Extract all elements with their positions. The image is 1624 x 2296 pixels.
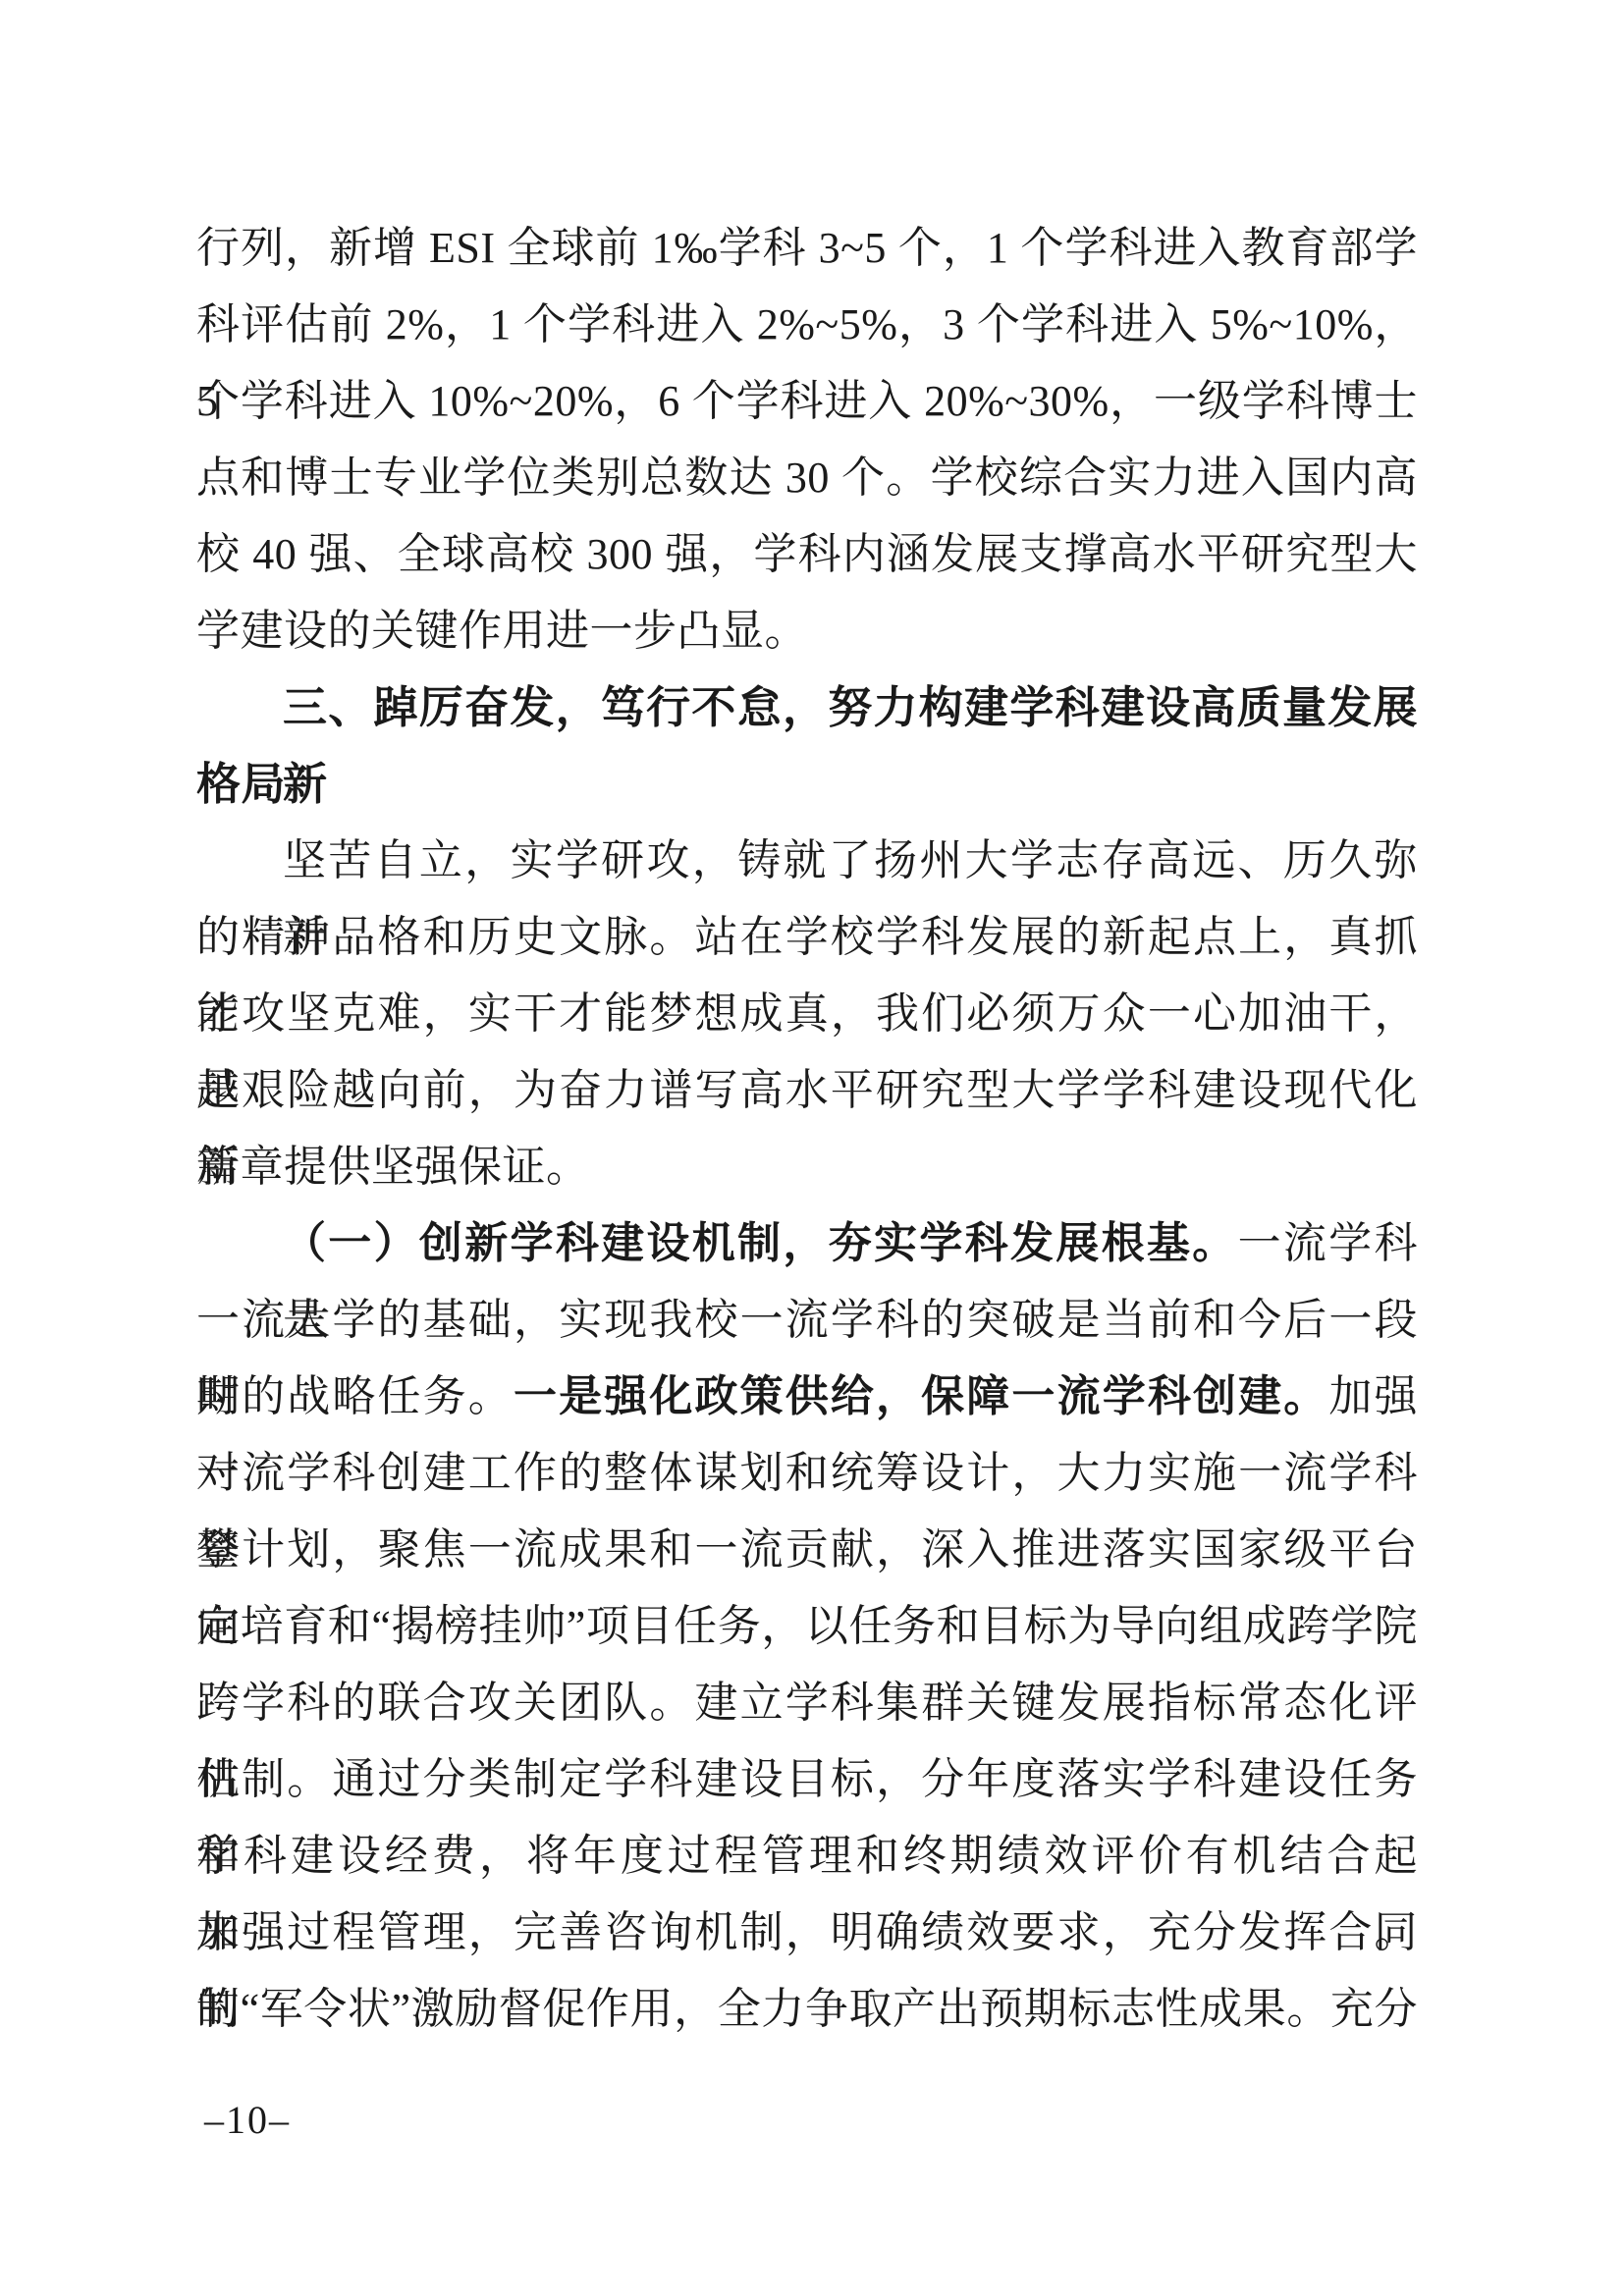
text-line: 向培育和“揭榜挂帅”项目任务，以任务和目标为导向组成跨学院	[196, 1588, 1418, 1665]
document-text: 行列，新增 ESI 全球前 1‰学科 3~5 个，1 个学科进入教育部学科评估前…	[196, 210, 1418, 2048]
text-run: 个学科进入 10%~20%，6 个学科进入 20%~30%，一级学科博士	[196, 377, 1418, 425]
text-run: 篇章提供坚强保证。	[196, 1143, 590, 1191]
text-line: 跨学科的联合攻关团队。建立学科集群关键发展指标常态化评估	[196, 1665, 1418, 1741]
bold-text-run: 格局	[196, 759, 286, 809]
text-line: 是艰险越向前，为奋力谱写高水平研究型大学学科建设现代化新	[196, 1052, 1418, 1129]
text-line: 学科建设经费，将年度过程管理和终期绩效评价有机结合起来。	[196, 1818, 1418, 1895]
text-line: 的“军令状”激励督促作用，全力争取产出预期标志性成果。充分	[196, 1971, 1418, 2048]
text-run: 行列，新增 ESI 全球前 1‰学科 3~5 个，1 个学科进入教育部学	[196, 224, 1418, 272]
document-page: 行列，新增 ESI 全球前 1‰学科 3~5 个，1 个学科进入教育部学科评估前…	[0, 0, 1624, 2296]
text-line: 能攻坚克难，实干才能梦想成真，我们必须万众一心加油干，越	[196, 976, 1418, 1052]
text-line: 篇章提供坚强保证。	[196, 1129, 1418, 1205]
text-line: 一流大学的基础，实现我校一流学科的突破是当前和今后一段时	[196, 1282, 1418, 1359]
text-line: 个学科进入 10%~20%，6 个学科进入 20%~30%，一级学科博士	[196, 363, 1418, 440]
text-line: 机制。通过分类制定学科建设目标，分年度落实学科建设任务和	[196, 1741, 1418, 1818]
heading-line: 格局	[196, 746, 1418, 823]
text-line: 坚苦自立，实学研攻，铸就了扬州大学志存高远、历久弥新	[196, 823, 1418, 899]
text-line: 一流学科创建工作的整体谋划和统筹设计，大力实施一流学科攀	[196, 1435, 1418, 1512]
text-run: 点和博士专业学位类别总数达 30 个。学校综合实力进入国内高	[196, 454, 1418, 502]
page-number: –10–	[204, 2097, 291, 2144]
bold-text-run: （一）创新学科建设机制，夯实学科发展根基。	[283, 1219, 1238, 1267]
bold-text-run: 一是强化政策供给，保障一流学科创建。	[514, 1372, 1328, 1420]
text-line: 加强过程管理，完善咨询机制，明确绩效要求，充分发挥合同制	[196, 1895, 1418, 1971]
text-run: 期的战略任务。	[196, 1372, 514, 1420]
text-line: （一）创新学科建设机制，夯实学科发展根基。一流学科是	[196, 1205, 1418, 1282]
text-line: 行列，新增 ESI 全球前 1‰学科 3~5 个，1 个学科进入教育部学	[196, 210, 1418, 287]
text-line: 校 40 强、全球高校 300 强，学科内涵发展支撑高水平研究型大	[196, 516, 1418, 593]
text-run: 校 40 强、全球高校 300 强，学科内涵发展支撑高水平研究型大	[196, 530, 1418, 578]
text-line: 点和博士专业学位类别总数达 30 个。学校综合实力进入国内高	[196, 440, 1418, 516]
text-line: 的精神品格和历史文脉。站在学校学科发展的新起点上，真抓才	[196, 899, 1418, 976]
text-run: 向培育和“揭榜挂帅”项目任务，以任务和目标为导向组成跨学院	[196, 1602, 1418, 1650]
heading-line: 三、踔厉奋发，笃行不怠，努力构建学科建设高质量发展新	[196, 669, 1418, 746]
text-line: 期的战略任务。一是强化政策供给，保障一流学科创建。加强对	[196, 1359, 1418, 1435]
text-line: 登计划，聚焦一流成果和一流贡献，深入推进落实国家级平台定	[196, 1512, 1418, 1588]
text-run: 的“军令状”激励督促作用，全力争取产出预期标志性成果。充分	[196, 1985, 1418, 2033]
text-line: 科评估前 2%，1 个学科进入 2%~5%，3 个学科进入 5%~10%，5	[196, 287, 1418, 363]
text-run: 学建设的关键作用进一步凸显。	[196, 607, 808, 655]
text-line: 学建设的关键作用进一步凸显。	[196, 593, 1418, 669]
